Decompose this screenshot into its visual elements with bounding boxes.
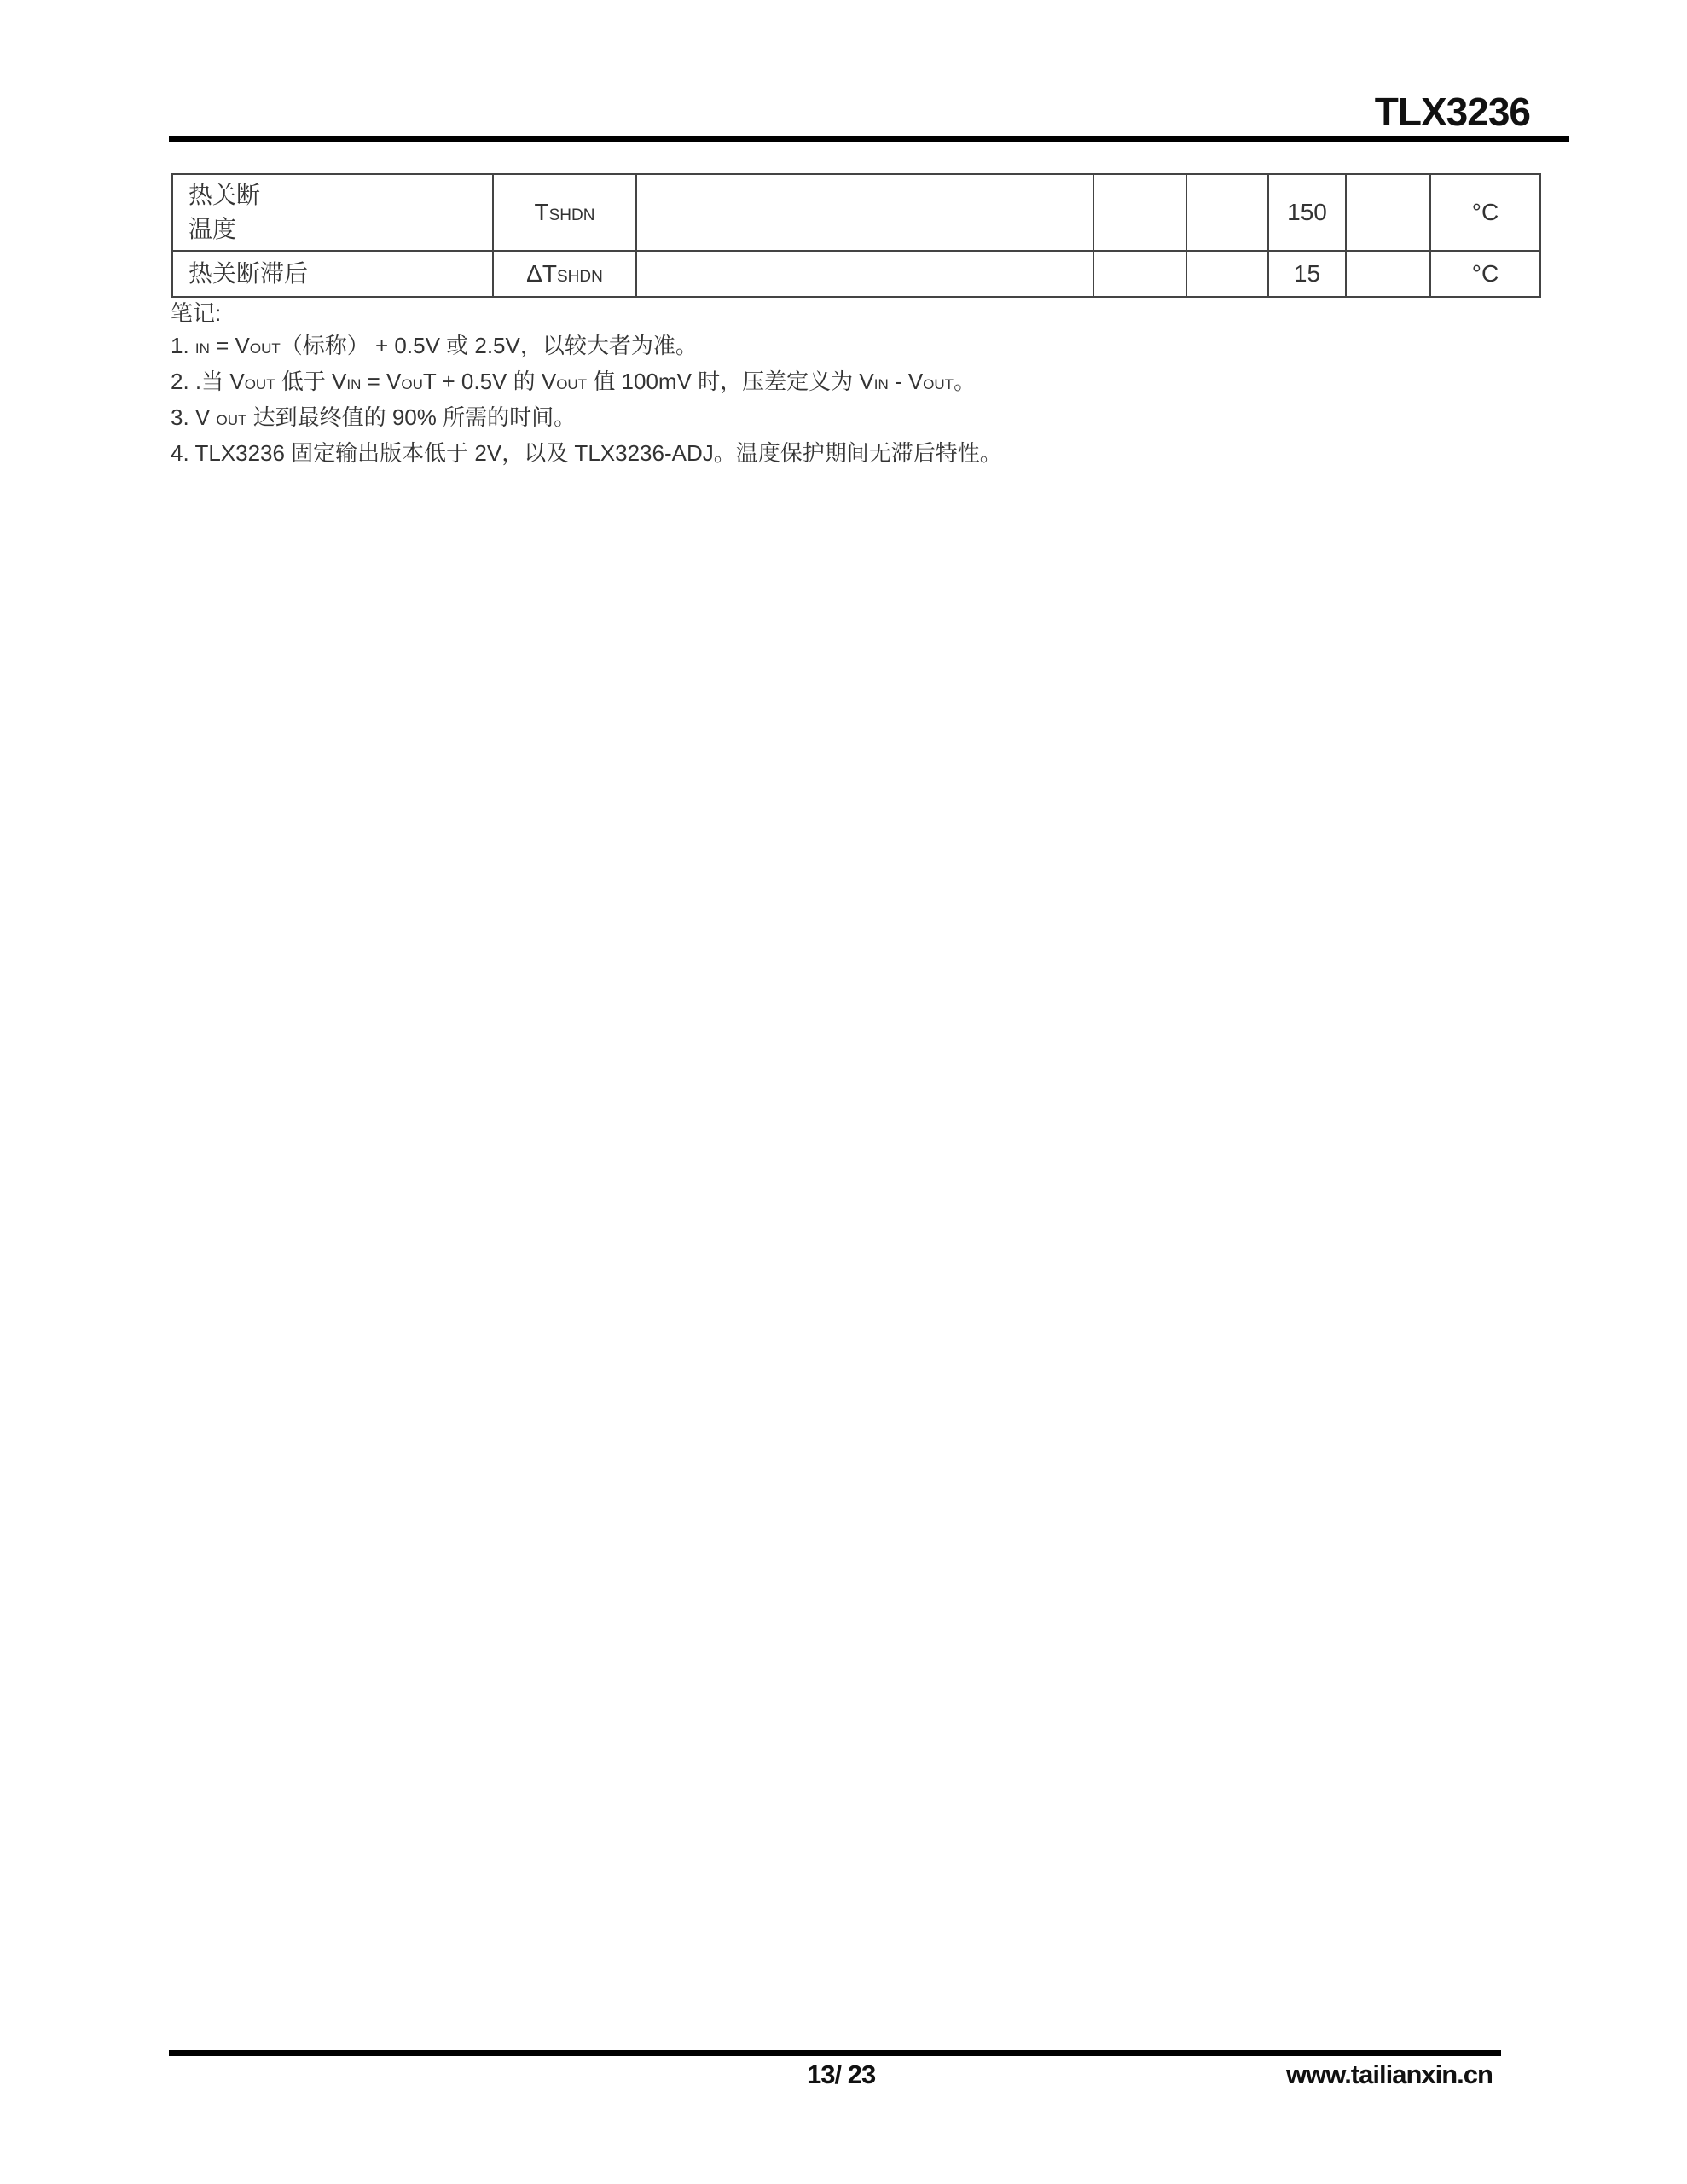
note-item: 1. IN = VOUT（标称） + 0.5V 或 2.5V，以较大者为准。 — [171, 329, 1002, 365]
note-subscript: IN — [346, 376, 361, 392]
note-text: 低于 V — [275, 369, 347, 394]
note-text: 值 100mV 时，压差定义为 V — [587, 369, 874, 394]
symbol-main: T — [542, 260, 557, 287]
note-text: 2. .当 V — [171, 369, 245, 394]
note-subscript: OUT — [923, 376, 954, 392]
footer-rule — [169, 2050, 1501, 2056]
note-subscript: IN — [195, 340, 210, 357]
symbol-cell: TSHDN — [493, 174, 636, 251]
note-text: T + 0.5V 的 V — [423, 369, 556, 394]
min-cell — [1093, 251, 1186, 297]
note-text: 4. TLX3236 固定输出版本低于 2V，以及 TLX3236-ADJ。温度… — [171, 440, 1002, 466]
note-item: 2. .当 VOUT 低于 VIN = VOUT + 0.5V 的 VOUT 值… — [171, 365, 1002, 401]
unit-cell: °C — [1430, 174, 1540, 251]
parameter-cell: 热关断滞后 — [172, 251, 493, 297]
note-text: 达到最终值的 90% 所需的时间。 — [246, 404, 576, 430]
note-text: （标称） + 0.5V 或 2.5V，以较大者为准。 — [281, 333, 698, 358]
symbol-subscript: SHDN — [557, 268, 603, 286]
note-subscript: OUT — [216, 412, 246, 428]
min-cell — [1093, 174, 1186, 251]
note-item: 4. TLX3236 固定输出版本低于 2V，以及 TLX3236-ADJ。温度… — [171, 437, 1002, 469]
notes-section: 笔记: 1. IN = VOUT（标称） + 0.5V 或 2.5V，以较大者为… — [171, 297, 1002, 469]
symbol-cell: ΔTSHDN — [493, 251, 636, 297]
parameter-line: 热关断滞后 — [188, 257, 492, 291]
typ-a-cell — [1186, 251, 1268, 297]
note-item: 3. V OUT 达到最终值的 90% 所需的时间。 — [171, 401, 1002, 437]
website-url: www.tailianxin.cn — [1286, 2059, 1493, 2090]
max-cell — [1346, 174, 1430, 251]
table-row: 热关断滞后ΔTSHDN15°C — [172, 251, 1540, 297]
note-text: 3. V — [171, 404, 216, 430]
note-text: 1. — [171, 333, 195, 358]
document-title: TLX3236 — [1375, 89, 1530, 135]
header-rule — [169, 136, 1569, 142]
parameter-line: 热关断 — [188, 178, 492, 212]
page-number: 13/ 23 — [807, 2059, 875, 2090]
notes-list: 1. IN = VOUT（标称） + 0.5V 或 2.5V，以较大者为准。2.… — [171, 329, 1002, 469]
symbol-prefix: Δ — [526, 260, 542, 287]
parameter-cell: 热关断温度 — [172, 174, 493, 251]
note-text: = V — [210, 333, 250, 358]
typ-cell: 150 — [1268, 174, 1346, 251]
conditions-cell — [636, 251, 1093, 297]
parameter-line: 温度 — [188, 212, 492, 247]
note-subscript: OU — [401, 376, 423, 392]
symbol-subscript: SHDN — [549, 206, 595, 224]
max-cell — [1346, 251, 1430, 297]
notes-heading: 笔记: — [171, 297, 1002, 329]
note-subscript: IN — [874, 376, 889, 392]
spec-table: 热关断温度TSHDN150°C热关断滞后ΔTSHDN15°C — [171, 173, 1541, 298]
symbol-main: T — [535, 199, 549, 225]
typ-a-cell — [1186, 174, 1268, 251]
note-text: 。 — [954, 369, 976, 394]
note-text: = V — [361, 369, 401, 394]
note-subscript: OUT — [556, 376, 587, 392]
note-text: - V — [889, 369, 923, 394]
typ-cell: 15 — [1268, 251, 1346, 297]
unit-cell: °C — [1430, 251, 1540, 297]
table-row: 热关断温度TSHDN150°C — [172, 174, 1540, 251]
conditions-cell — [636, 174, 1093, 251]
note-subscript: OUT — [250, 340, 281, 357]
note-subscript: OUT — [245, 376, 275, 392]
